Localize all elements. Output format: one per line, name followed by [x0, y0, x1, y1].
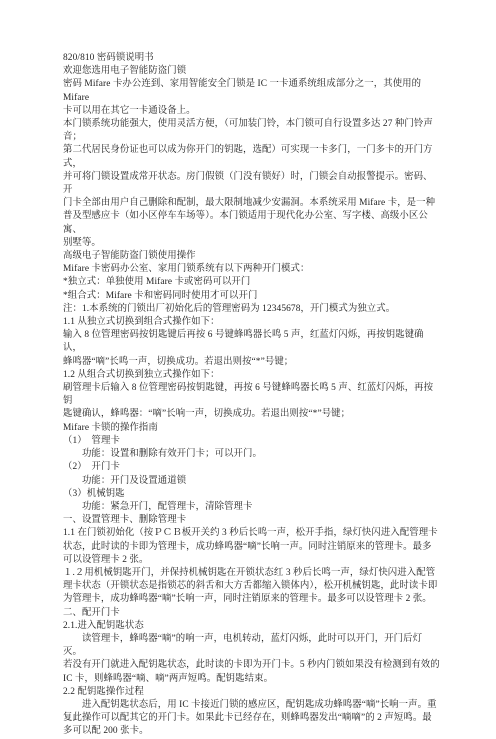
document-line: 别墅等。 — [63, 237, 441, 250]
document-line: 1.2 从组合式切换到独立式操作如下： — [63, 369, 441, 382]
document-line: （1） 管理卡 — [63, 435, 441, 448]
document-line: 功能：开门及设置通道锁 — [63, 475, 441, 488]
document-line: 2.1.进入配钥匙状态 — [63, 620, 441, 633]
document-line: *独立式：单独使用 Mifare 卡或密码可以开门 — [63, 276, 441, 289]
document-line: Mifare 卡锁的操作指南 — [63, 422, 441, 435]
document-line: 1.1 从独立式切换到组合式操作如下： — [63, 316, 441, 329]
document-line: 一、设置管理卡、删除管理卡 — [63, 514, 441, 527]
document-line: 普及型感应卡（如小区停车车场等）。本门锁适用于现代化办公室、写字楼、高级小区公寓… — [63, 210, 441, 236]
document-line: 1.1 在门锁初始化（按ＰＣＢ板开关约 3 秒后长鸣一声，松开手指，绿灯快闪进入… — [63, 527, 441, 540]
document-line: 2.2 配钥匙操作过程 — [63, 686, 441, 699]
document-page: 820/810 密码锁说明书欢迎您选用电子智能防盗门锁密码 Mifare 卡办公… — [0, 0, 496, 702]
document-line: 门卡全部由用户自己删除和配制，最大限制地减少安漏洞。本系统采用 Mifare 卡… — [63, 197, 441, 210]
document-line: 820/810 密码锁说明书 — [63, 52, 441, 65]
document-line: 读管理卡，蜂鸣器“嘀”的响一声，电机转动，蓝灯闪烁，此时可以开门，开门后灯灭。 — [63, 633, 441, 659]
document-line: 蜂鸣器“嘀”长鸣一声，切换成功。若退出则按“*”号键； — [63, 356, 441, 369]
document-line: （2） 开门卡 — [63, 461, 441, 474]
document-line: 刷管理卡后输入 8 位管理密码按钥匙键，再按 6 号键蜂鸣器长鸣 5 声、红蓝灯… — [63, 382, 441, 408]
document-line: 并可将门锁设置成常开状态。房门假锁（门没有锁好）时，门锁会自动报警提示。密码、开 — [63, 171, 441, 197]
document-line: 卡可以用在其它一卡通设备上。 — [63, 105, 441, 118]
document-line: 欢迎您选用电子智能防盗门锁 — [63, 65, 441, 78]
document-line: 匙键确认，蜂鸣器：“嘀”长响一声，切换成功。若退出则按“*”号键； — [63, 408, 441, 421]
document-line: 二、配开门卡 — [63, 607, 441, 620]
document-line: （3）机械钥匙 — [63, 488, 441, 501]
document-line: 第二代居民身份证也可以成为你开门的钥匙，选配）可实现一卡多门，一门多卡的开门方式… — [63, 144, 441, 170]
document-line: 若没有开门就进入配钥匙状态，此时读的卡即为开门卡。5 秒内门锁如果没有检测到有效… — [63, 659, 441, 672]
document-line: 功能：设置和删除有效开门卡；可以开门。 — [63, 448, 441, 461]
document-line: 注：1.本系统的门锁出厂初始化后的管理密码为 12345678，开门模式为独立式… — [63, 303, 441, 316]
document-line: 密码 Mifare 卡办公连到、家用智能安全门锁是 IC 一卡通系统组成部分之一… — [63, 78, 441, 104]
document-body: 820/810 密码锁说明书欢迎您选用电子智能防盗门锁密码 Mifare 卡办公… — [63, 52, 441, 702]
document-line: １.２用机械钥匙开门，并保持机械钥匙在开锁状态红 3 秒后长鸣一声，绿灯快闪进入… — [63, 567, 441, 580]
document-line: 功能：紧急开门，配管理卡，清除管理卡 — [63, 501, 441, 514]
document-line: 本门锁系统功能强大，使用灵活方便，（可加装门铃，本门锁可自行设置多达 27 种门… — [63, 118, 441, 144]
document-line: 状态，此时读的卡即为管理卡，成功蜂鸣器“嘀”长响一声。同时注销原来的管理卡。最多 — [63, 541, 441, 554]
document-line: 高级电子智能防盗门锁使用操作 — [63, 250, 441, 263]
document-line: Mifare 卡密码办公室、家用门锁系统有以下两种开门模式： — [63, 263, 441, 276]
document-line: IC 卡，则蜂鸣器“嘀、嘀”两声短鸣。配钥匙结束。 — [63, 673, 441, 686]
document-line: 理卡状态（开锁状态是指锁芯的斜舌和大方舌都缩入锁体内），松开机械钥匙，此时读卡即 — [63, 580, 441, 593]
document-line: 可以设管理卡 2 张。 — [63, 554, 441, 567]
document-line: *组合式：Mifare 卡和密码同时使用才可以开门 — [63, 290, 441, 303]
document-line: 输入 8 位管理密码按钥匙键后再按 6 号键蜂鸣器长鸣 5 声，红蓝灯闪烁，再按… — [63, 329, 441, 355]
document-line: 为管理卡，成功蜂鸣器“嘀”长响一声，同时注销原来的管理卡。最多可以设管理卡 2 … — [63, 593, 441, 606]
